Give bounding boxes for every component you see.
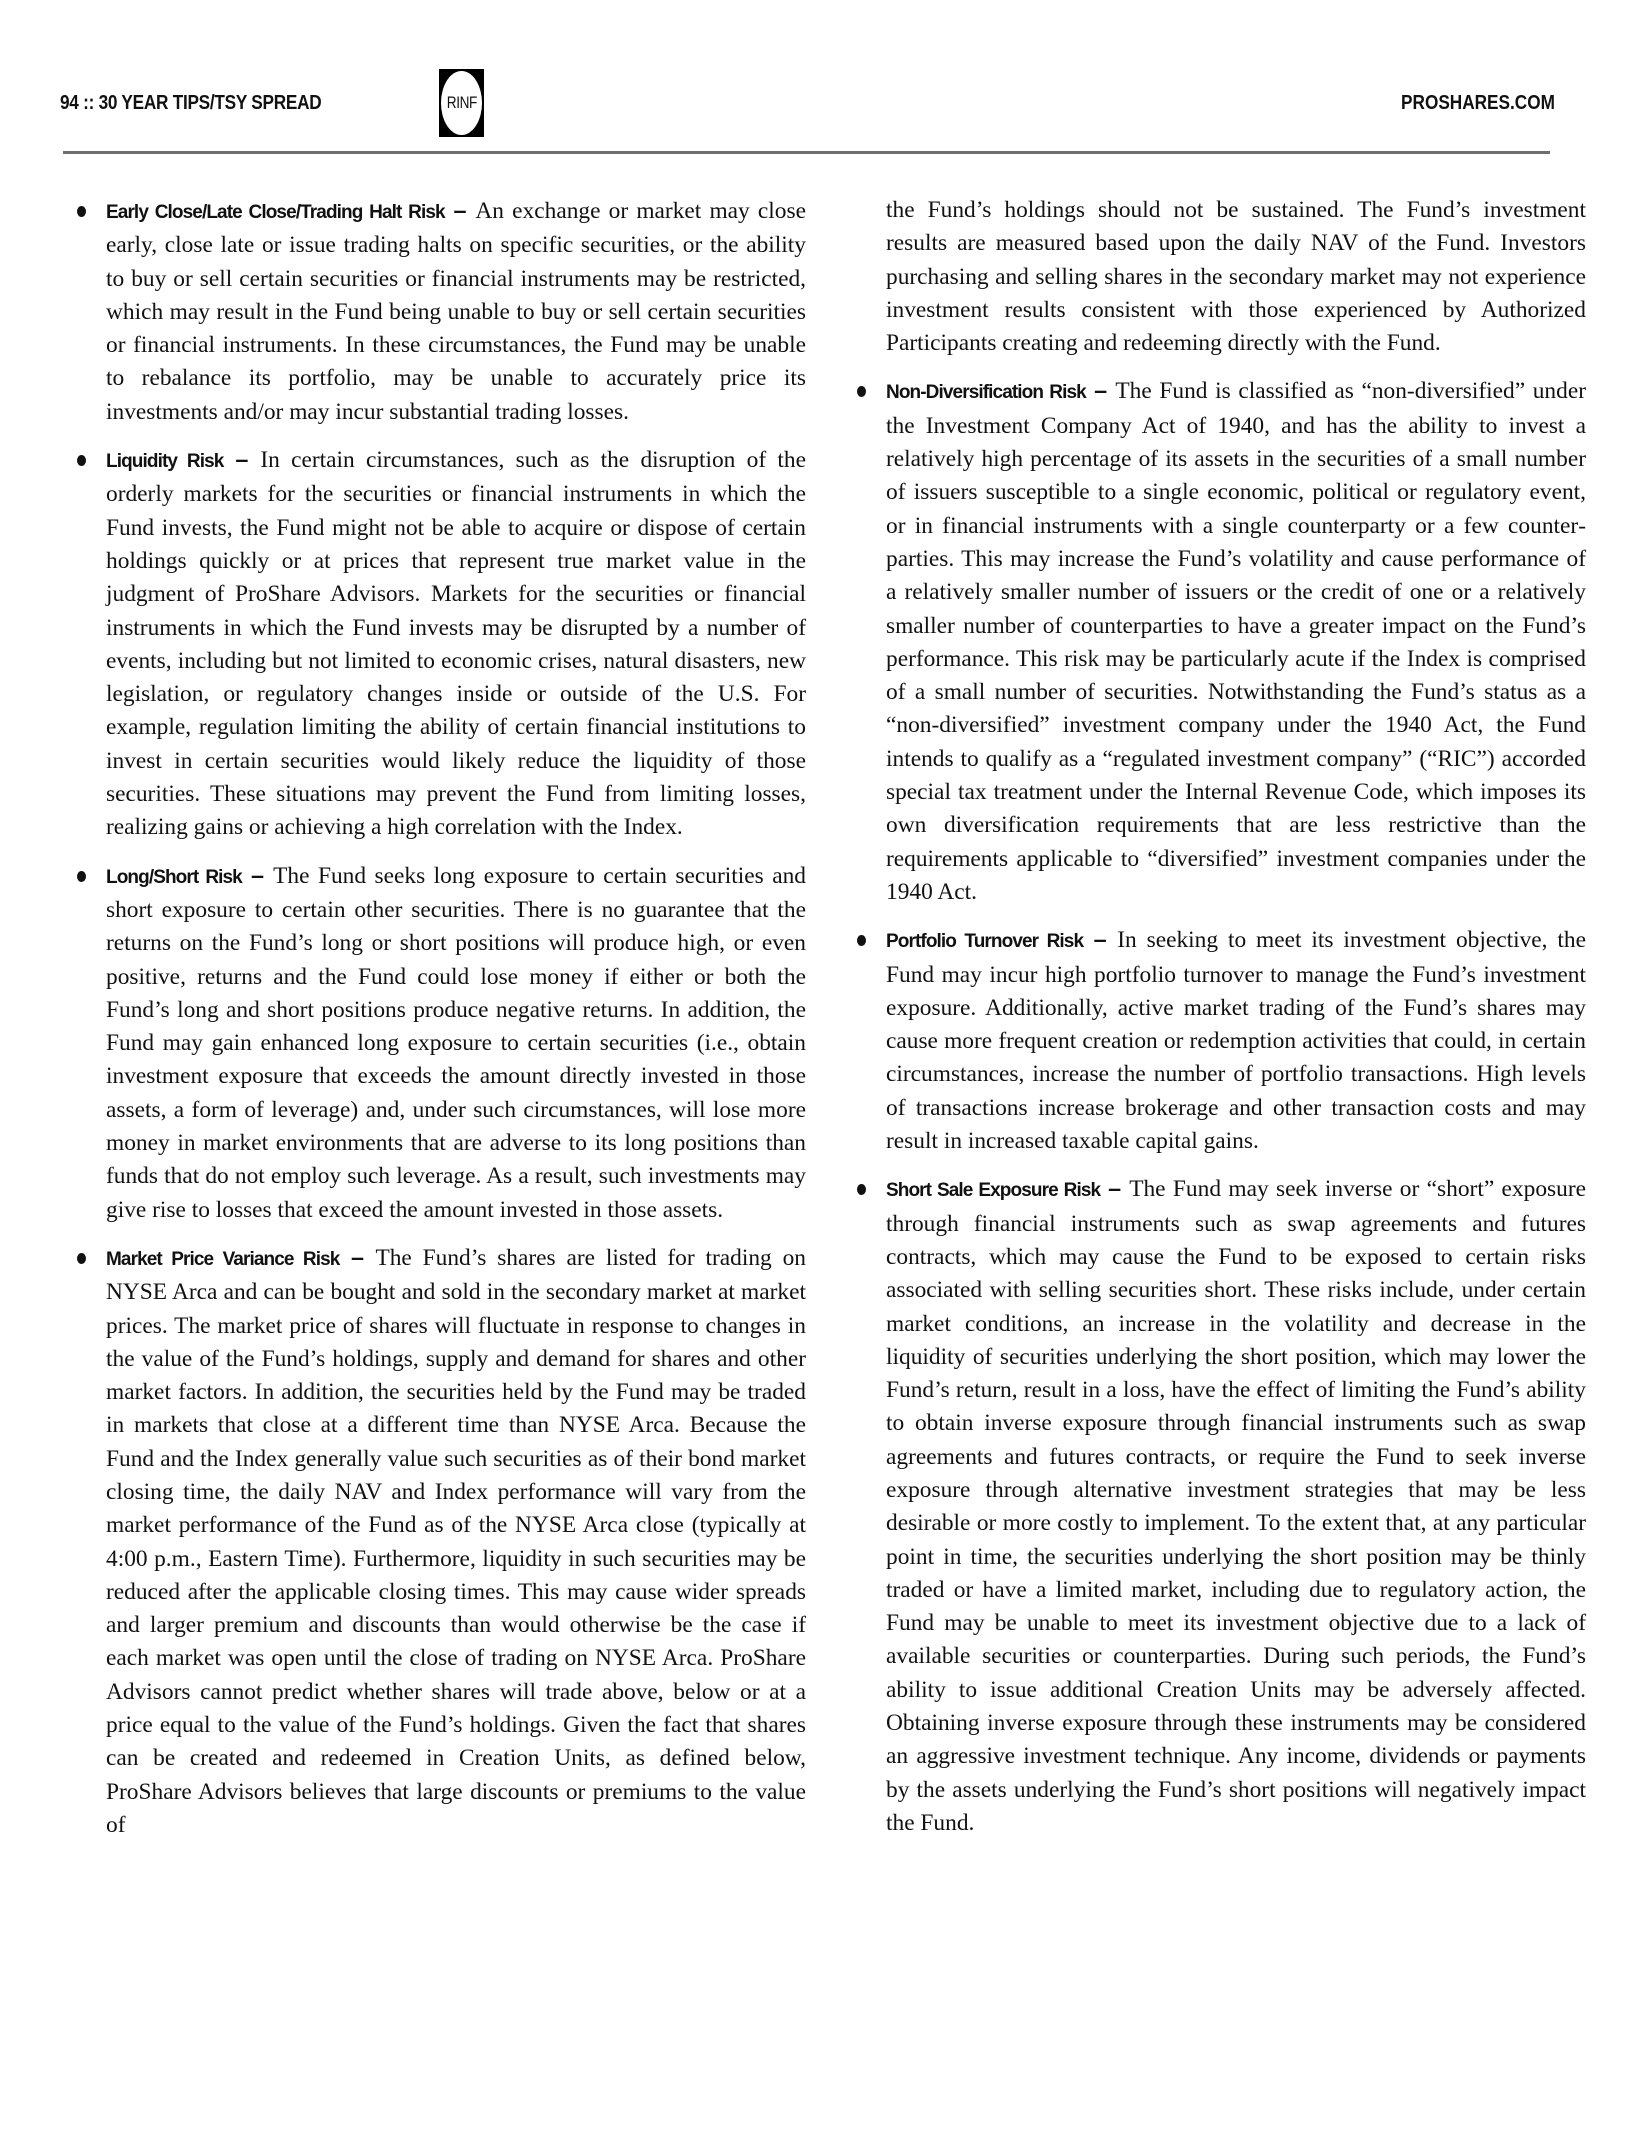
risk-item-market-price-variance: Market Price Variance Risk – The Fund’s … xyxy=(68,1241,806,1842)
page-header: 94 :: 30 YEAR TIPS/TSY SPREAD RINF PROSH… xyxy=(0,0,1650,160)
risk-title: Liquidity Risk xyxy=(106,451,223,472)
ticker-badge-text: RINF xyxy=(446,93,476,113)
site-url: PROSHARES.COM xyxy=(1401,92,1555,115)
em-dash: – xyxy=(1100,1175,1129,1201)
ticker-badge: RINF xyxy=(439,69,484,137)
bullet-icon xyxy=(77,206,86,217)
bullet-icon xyxy=(77,455,86,466)
risk-text: An exchange or market may close early, c… xyxy=(106,198,806,425)
em-dash: – xyxy=(223,446,260,472)
risk-text: The Fund may seek inverse or “short” exp… xyxy=(886,1176,1586,1836)
em-dash: – xyxy=(445,197,476,223)
risk-item-early-close: Early Close/Late Close/Trading Halt Risk… xyxy=(68,194,806,429)
bullet-icon xyxy=(77,871,86,882)
risk-text: The Fund seeks long exposure to certain … xyxy=(106,863,806,1223)
risk-title: Long/Short Risk xyxy=(106,867,242,888)
bullet-icon xyxy=(857,935,866,946)
risk-title: Short Sale Exposure Risk xyxy=(886,1180,1100,1201)
header-divider xyxy=(63,151,1550,154)
risk-text: the Fund’s holdings should not be sustai… xyxy=(886,197,1586,356)
risk-title: Early Close/Late Close/Trading Halt Risk xyxy=(106,202,445,223)
risk-text: The Fund’s shares are listed for trad­in… xyxy=(106,1245,806,1838)
em-dash: – xyxy=(339,1244,375,1270)
bullet-icon xyxy=(77,1253,86,1264)
risk-item-continuation: the Fund’s holdings should not be sustai… xyxy=(848,194,1586,360)
risk-item-liquidity: Liquidity Risk – In certain circumstance… xyxy=(68,443,806,845)
risk-title: Non-Diversification Risk xyxy=(886,382,1086,403)
risk-text: The Fund is classified as “non-diversifi… xyxy=(886,378,1586,904)
risk-text: In seeking to meet its investment object… xyxy=(886,927,1586,1154)
risk-item-portfolio-turnover: Portfolio Turnover Risk – In seeking to … xyxy=(848,923,1586,1158)
em-dash: – xyxy=(242,862,273,888)
right-column: the Fund’s holdings should not be sustai… xyxy=(848,194,1586,1854)
bullet-icon xyxy=(857,1184,866,1195)
risk-title: Portfolio Turnover Risk xyxy=(886,931,1083,952)
risk-title: Market Price Variance Risk xyxy=(106,1249,339,1270)
em-dash: – xyxy=(1083,926,1117,952)
ticker-badge-oval: RINF xyxy=(441,71,482,135)
risk-text: In certain circumstances, such as the di… xyxy=(106,447,806,840)
em-dash: – xyxy=(1086,377,1116,403)
left-column: Early Close/Late Close/Trading Halt Risk… xyxy=(68,194,806,1856)
risk-item-long-short: Long/Short Risk – The Fund seeks long ex… xyxy=(68,859,806,1227)
risk-item-non-diversification: Non-Diversification Risk – The Fund is c… xyxy=(848,374,1586,909)
page-number-and-section-title: 94 :: 30 YEAR TIPS/TSY SPREAD xyxy=(60,92,321,115)
risk-item-short-sale-exposure: Short Sale Exposure Risk – The Fund may … xyxy=(848,1172,1586,1840)
bullet-icon xyxy=(857,386,866,397)
